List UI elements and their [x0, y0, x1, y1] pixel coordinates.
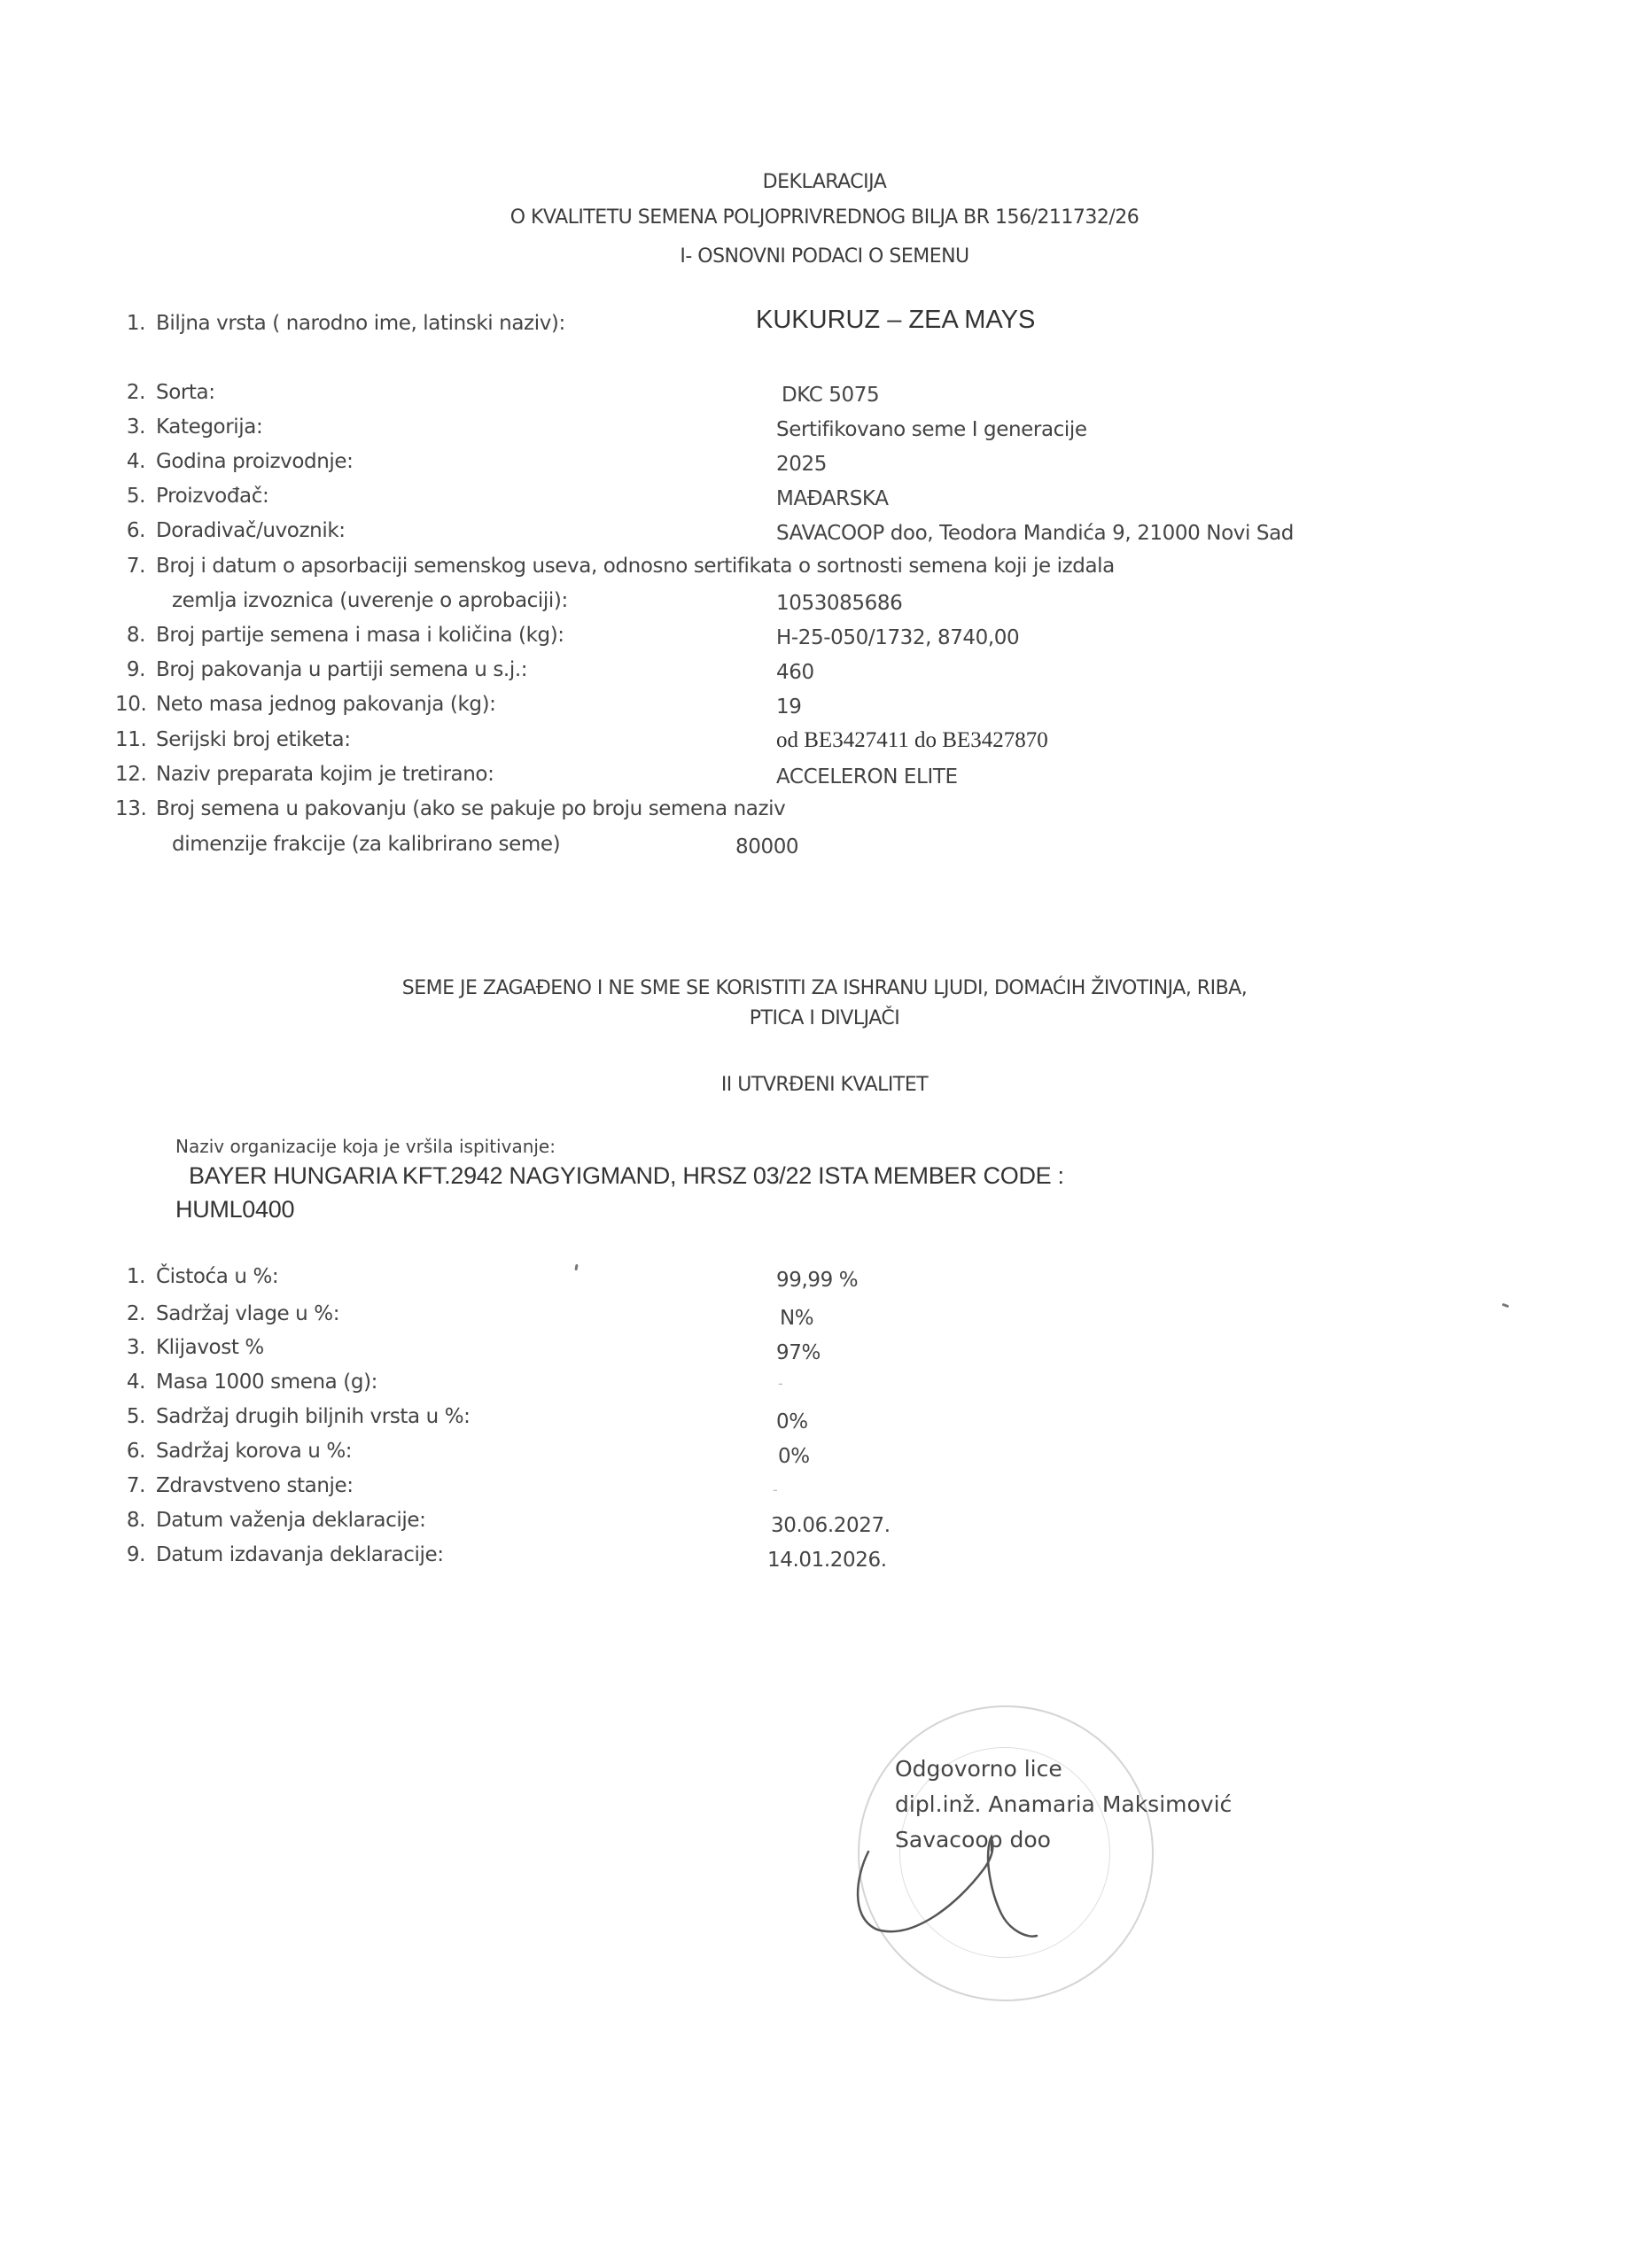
quality-row-4: 4.Masa 1000 smena (g):	[115, 1371, 377, 1394]
row-number: 11.	[115, 728, 145, 751]
basic-row-6: 6.Doradivač/uvoznik:	[115, 519, 346, 542]
row-label: Naziv preparata kojim je tretirano:	[156, 763, 494, 786]
row-label: Sadržaj korova u %:	[156, 1440, 352, 1463]
production-year-value: 2025	[776, 453, 827, 476]
basic-row-8: 8.Broj partije semena i masa i količina …	[115, 624, 564, 647]
row-number: 3.	[115, 1336, 145, 1359]
row-label: Neto masa jednog pakovanja (kg):	[156, 693, 496, 716]
contamination-warning-line-1: SEME JE ZAGAĐENO I NE SME SE KORISTITI Z…	[0, 977, 1649, 999]
row-label: Masa 1000 smena (g):	[156, 1371, 377, 1394]
row-label: Sorta:	[156, 381, 215, 404]
document-title: DEKLARACIJA	[0, 171, 1649, 193]
issue-date-value: 14.01.2026.	[767, 1549, 887, 1572]
row-number: 8.	[115, 1509, 145, 1532]
row-label: Datum izdavanja deklaracije:	[156, 1543, 444, 1566]
row-label: Čistoća u %:	[156, 1265, 278, 1288]
responsible-person-name: dipl.inž. Anamaria Maksimović	[895, 1787, 1232, 1822]
thousand-seed-mass-value: -	[778, 1375, 782, 1392]
row-label: Biljna vrsta ( narodno ime, latinski naz…	[156, 312, 565, 335]
row-number: 5.	[115, 1405, 145, 1428]
quality-row-5: 5.Sadržaj drugih biljnih vrsta u %:	[115, 1405, 471, 1428]
quality-row-9: 9.Datum izdavanja deklaracije:	[115, 1543, 444, 1566]
document-subtitle: O KVALITETU SEMENA POLJOPRIVREDNOG BILJA…	[0, 206, 1649, 229]
weeds-value: 0%	[778, 1445, 810, 1468]
row-label: Broj semena u pakovanju (ako se pakuje p…	[156, 797, 785, 820]
row-label: Broj pakovanja u partiji semena u s.j.:	[156, 658, 527, 681]
basic-row-7: 7.Broj i datum o apsorbaciji semenskog u…	[115, 555, 1115, 578]
row-number: 6.	[115, 519, 145, 542]
moisture-value: N%	[780, 1307, 813, 1330]
row-number: 5.	[115, 485, 145, 508]
basic-row-1: 1.Biljna vrsta ( narodno ime, latinski n…	[115, 312, 565, 335]
row-label: Broj i datum o apsorbaciji semenskog use…	[156, 555, 1115, 578]
handwritten-signature	[851, 1834, 1081, 1949]
row-number: 8.	[115, 624, 145, 647]
validity-date-value: 30.06.2027.	[771, 1514, 891, 1537]
treatment-value: ACCELERON ELITE	[776, 765, 958, 788]
basic-row-11: 11.Serijski broj etiketa:	[115, 728, 351, 751]
purity-value: 99,99 %	[776, 1269, 858, 1292]
row-label: Sadržaj vlage u %:	[156, 1302, 339, 1325]
variety-value: DKC 5075	[782, 384, 879, 407]
row-number: 6.	[115, 1440, 145, 1463]
basic-row-2: 2.Sorta:	[115, 381, 215, 404]
section-1-title: I- OSNOVNI PODACI O SEMENU	[0, 245, 1649, 268]
row-label: Serijski broj etiketa:	[156, 728, 351, 751]
basic-row-13: 13.Broj semena u pakovanju (ako se pakuj…	[115, 797, 785, 820]
responsible-person-title: Odgovorno lice	[895, 1751, 1232, 1787]
row-number: 4.	[115, 1371, 145, 1394]
row-label: Klijavost %	[156, 1336, 264, 1359]
row-label: Broj partije semena i masa i količina (k…	[156, 624, 564, 647]
quality-row-1: 1.Čistoća u %:	[115, 1265, 278, 1288]
seed-count-value: 80000	[735, 835, 798, 858]
quality-row-6: 6.Sadržaj korova u %:	[115, 1440, 352, 1463]
contamination-warning-line-2: PTICA I DIVLJAČI	[0, 1007, 1649, 1029]
row-number: 3.	[115, 416, 145, 439]
lot-value: H-25-050/1732, 8740,00	[776, 626, 1019, 649]
label-serial-value: od BE3427411 do BE3427870	[776, 728, 1048, 753]
basic-row-7-cont: zemlja izvoznica (uverenje o aprobaciji)…	[172, 589, 568, 612]
species-value: KUKURUZ – ZEA MAYS	[756, 306, 1035, 335]
row-number: 7.	[115, 1474, 145, 1497]
testing-org-label: Naziv organizacije koja je vršila ispiti…	[175, 1136, 556, 1157]
quality-row-7: 7.Zdravstveno stanje:	[115, 1474, 354, 1497]
row-number: 7.	[115, 555, 145, 578]
basic-row-13-cont: dimenzije frakcije (za kalibrirano seme)	[172, 833, 560, 856]
row-number: 1.	[115, 1265, 145, 1288]
scan-speck	[574, 1264, 578, 1270]
row-number: 9.	[115, 658, 145, 681]
basic-row-5: 5.Proizvođač:	[115, 485, 268, 508]
other-species-value: 0%	[776, 1410, 808, 1433]
testing-org-line-1: BAYER HUNGARIA KFT.2942 NAGYIGMAND, HRSZ…	[189, 1162, 1064, 1190]
row-number: 13.	[115, 797, 145, 820]
basic-row-12: 12.Naziv preparata kojim je tretirano:	[115, 763, 494, 786]
packages-value: 460	[776, 661, 814, 684]
basic-row-10: 10.Neto masa jednog pakovanja (kg):	[115, 693, 496, 716]
quality-row-2: 2.Sadržaj vlage u %:	[115, 1302, 339, 1325]
basic-row-3: 3.Kategorija:	[115, 416, 262, 439]
row-number: 9.	[115, 1543, 145, 1566]
quality-row-3: 3.Klijavost %	[115, 1336, 264, 1359]
approbation-value: 1053085686	[776, 592, 902, 615]
row-label: Kategorija:	[156, 416, 262, 439]
section-2-title: II UTVRĐENI KVALITET	[0, 1074, 1649, 1096]
row-label: Doradivač/uvoznik:	[156, 519, 346, 542]
row-number: 10.	[115, 693, 145, 716]
testing-org-line-2: HUML0400	[175, 1196, 294, 1223]
row-number: 4.	[115, 450, 145, 473]
category-value: Sertifikovano seme I generacije	[776, 418, 1087, 441]
scan-speck	[1502, 1303, 1510, 1309]
row-number: 2.	[115, 1302, 145, 1325]
row-label: Datum važenja deklaracije:	[156, 1509, 425, 1532]
row-label: Sadržaj drugih biljnih vrsta u %:	[156, 1405, 471, 1428]
basic-row-9: 9.Broj pakovanja u partiji semena u s.j.…	[115, 658, 527, 681]
row-number: 2.	[115, 381, 145, 404]
producer-value: MAĐARSKA	[776, 487, 889, 510]
germination-value: 97%	[776, 1341, 821, 1364]
row-label: Zdravstveno stanje:	[156, 1474, 354, 1497]
quality-row-8: 8.Datum važenja deklaracije:	[115, 1509, 425, 1532]
row-label: Godina proizvodnje:	[156, 450, 354, 473]
net-mass-value: 19	[776, 695, 801, 718]
basic-row-4: 4.Godina proizvodnje:	[115, 450, 354, 473]
row-number: 12.	[115, 763, 145, 786]
row-label: Proizvođač:	[156, 485, 268, 508]
row-number: 1.	[115, 312, 145, 335]
health-value: -	[773, 1481, 777, 1498]
importer-value: SAVACOOP doo, Teodora Mandića 9, 21000 N…	[776, 522, 1294, 545]
